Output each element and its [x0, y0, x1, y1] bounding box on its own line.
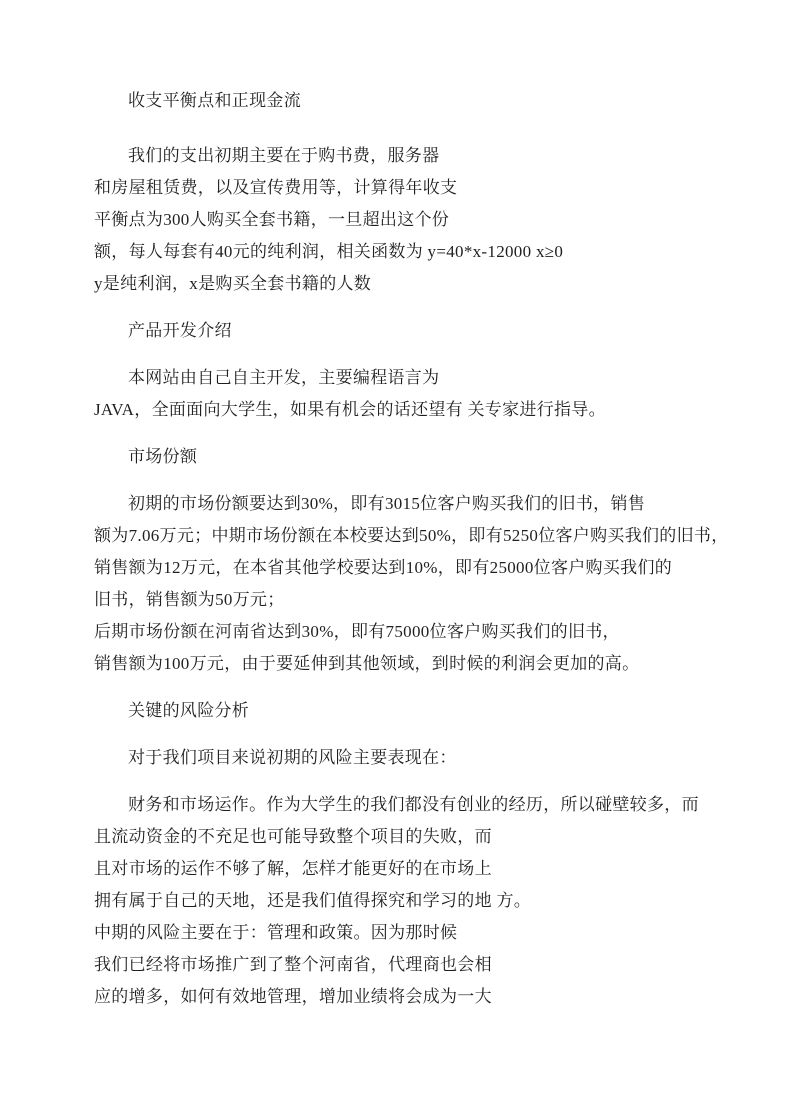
body-paragraph: 本网站由自己自主开发，主要编程语言为 JAVA，全面面向大学生，如果有机会的话还…	[94, 362, 754, 426]
body-paragraph: 初期的市场份额要达到30%，即有3015位客户购买我们的旧书，销售 额为7.06…	[94, 488, 754, 680]
section-heading: 关键的风险分析	[94, 695, 754, 727]
document-body: 收支平衡点和正现金流我们的支出初期主要在于购书费，服务器 和房屋租赁费，以及宣传…	[94, 85, 754, 1013]
body-paragraph: 我们的支出初期主要在于购书费，服务器 和房屋租赁费，以及宣传费用等，计算得年收支…	[94, 140, 754, 300]
section-heading: 市场份额	[94, 441, 754, 473]
body-paragraph: 财务和市场运作。作为大学生的我们都没有创业的经历，所以碰壁较多，而 且流动资金的…	[94, 789, 754, 1013]
section-heading: 产品开发介绍	[94, 315, 754, 347]
document-page: 收支平衡点和正现金流我们的支出初期主要在于购书费，服务器 和房屋租赁费，以及宣传…	[0, 0, 792, 1120]
body-paragraph: 对于我们项目来说初期的风险主要表现在：	[94, 742, 754, 774]
section-heading: 收支平衡点和正现金流	[94, 85, 754, 117]
